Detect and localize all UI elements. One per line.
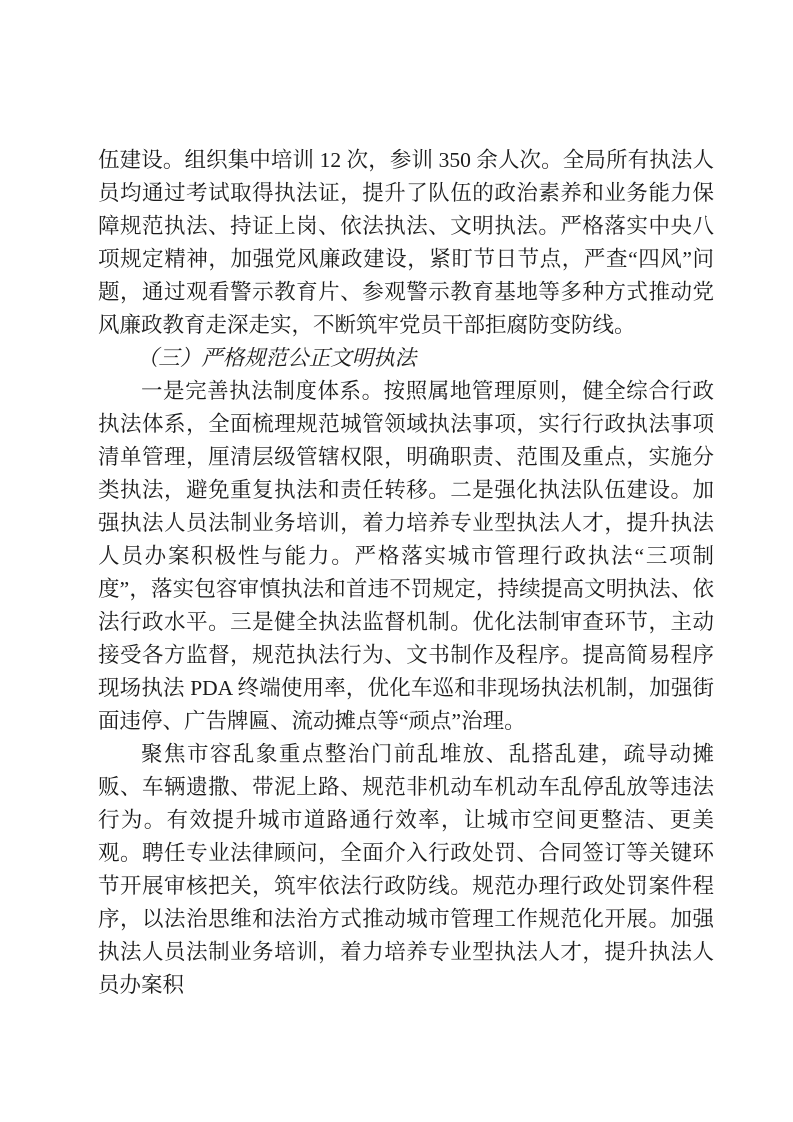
paragraph-continuation: 伍建设。组织集中培训 12 次，参训 350 余人次。全局所有执法人员均通过考试…	[98, 144, 714, 342]
paragraph-law-enforcement-systems: 一是完善执法制度体系。按照属地管理原则，健全综合行政执法体系，全面梳理规范城管领…	[98, 375, 714, 738]
paragraph-city-appearance-governance: 聚焦市容乱象重点整治门前乱堆放、乱搭乱建，疏导动摊贩、车辆遗撒、带泥上路、规范非…	[98, 738, 714, 1002]
document-text-block: 伍建设。组织集中培训 12 次，参训 350 余人次。全局所有执法人员均通过考试…	[98, 144, 714, 1002]
document-page: 伍建设。组织集中培训 12 次，参训 350 余人次。全局所有执法人员均通过考试…	[0, 0, 793, 1122]
section-heading-3: （三）严格规范公正文明执法	[98, 342, 714, 375]
